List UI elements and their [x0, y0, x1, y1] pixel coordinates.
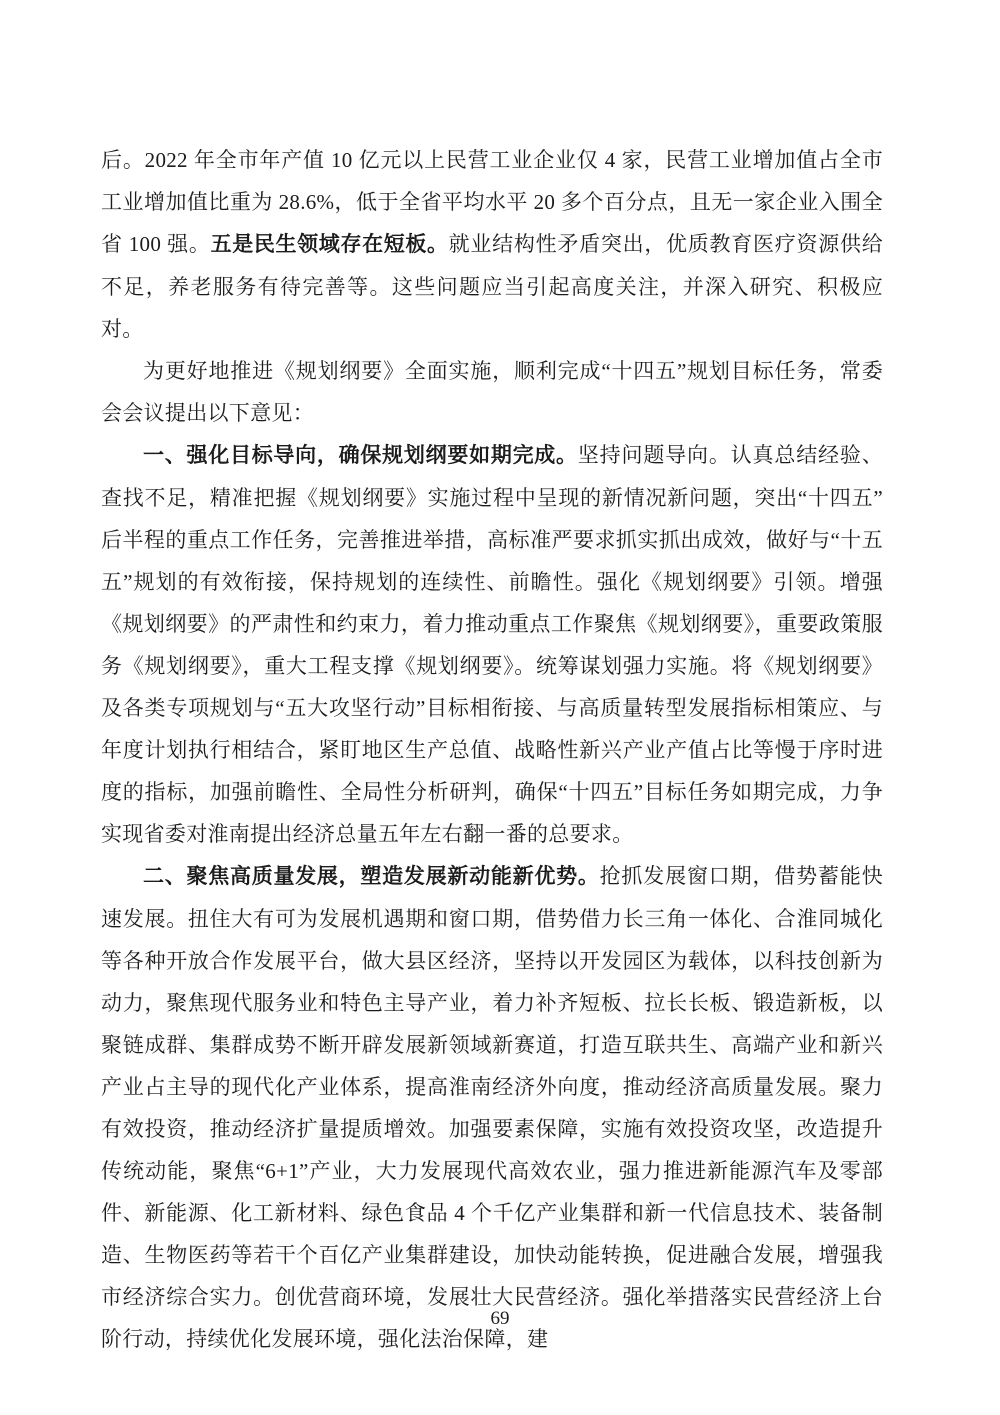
bold-text-run: 五是民生领域存在短板。: [211, 233, 449, 256]
text-run: 坚持问题导向。认真总结经验、查找不足，精准把握《规划纲要》实施过程中呈现的新情况…: [101, 443, 883, 846]
paragraph: 一、强化目标导向，确保规划纲要如期完成。坚持问题导向。认真总结经验、查找不足，精…: [101, 434, 883, 855]
page-footer: 69: [0, 1306, 1000, 1332]
page-number: 69: [491, 1308, 510, 1329]
document-body: 后。2022 年全市年产值 10 亿元以上民营工业企业仅 4 家，民营工业增加值…: [101, 139, 883, 1360]
paragraph: 后。2022 年全市年产值 10 亿元以上民营工业企业仅 4 家，民营工业增加值…: [101, 139, 883, 350]
paragraph: 二、聚焦高质量发展，塑造发展新动能新优势。抢抓发展窗口期，借势蓄能快速发展。扭住…: [101, 855, 883, 1360]
document-page: 后。2022 年全市年产值 10 亿元以上民营工业企业仅 4 家，民营工业增加值…: [0, 0, 1000, 1415]
paragraph: 为更好地推进《规划纲要》全面实施，顺利完成“十四五”规划目标任务，常委会会议提出…: [101, 350, 883, 434]
bold-text-run: 一、强化目标导向，确保规划纲要如期完成。: [143, 444, 578, 467]
text-run: 抢抓发展窗口期，借势蓄能快速发展。扭住大有可为发展机遇期和窗口期，借势借力长三角…: [101, 864, 883, 1351]
bold-text-run: 二、聚焦高质量发展，塑造发展新动能新优势。: [143, 865, 600, 888]
text-run: 为更好地推进《规划纲要》全面实施，顺利完成“十四五”规划目标任务，常委会会议提出…: [101, 359, 883, 425]
